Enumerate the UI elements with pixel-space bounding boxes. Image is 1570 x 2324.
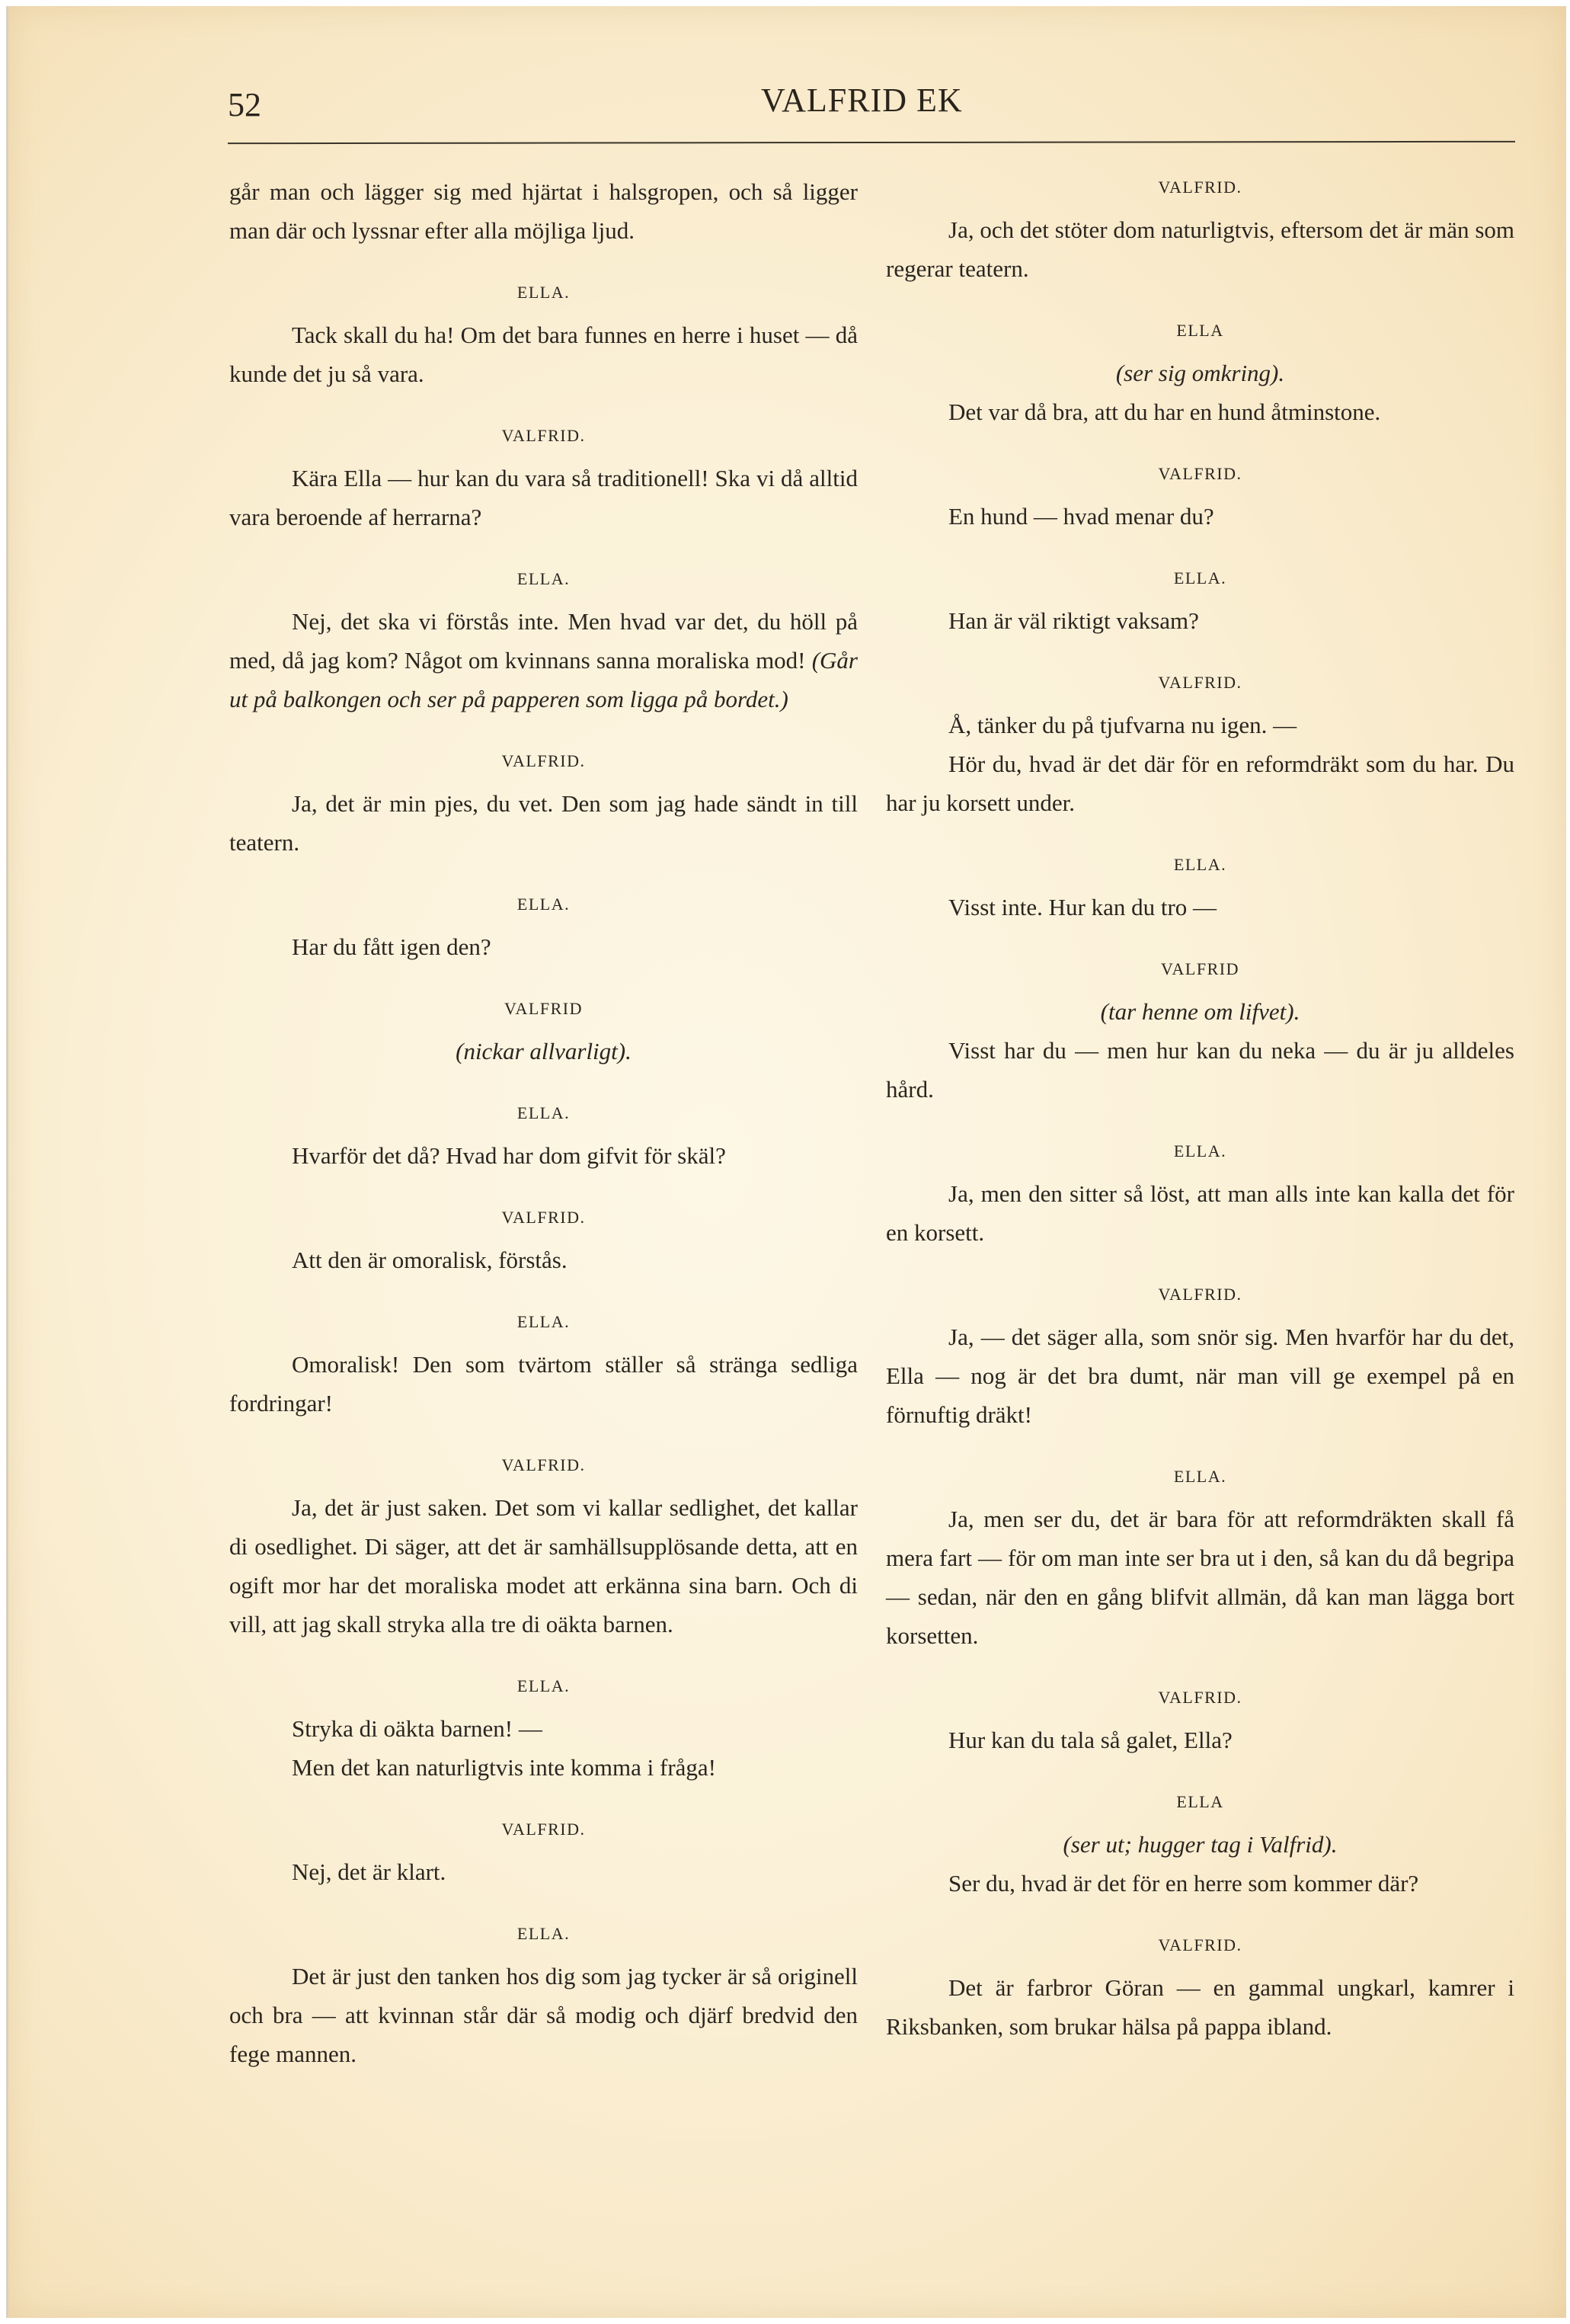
speech-paragraph: Kära Ella — hur kan du vara så tradition… xyxy=(229,459,858,536)
book-page: 52 VALFRID EK går man och lägger sig med… xyxy=(6,6,1566,2318)
left-column: går man och lägger sig med hjärtat i hal… xyxy=(229,172,858,2073)
speaker-name: ELLA. xyxy=(886,850,1514,880)
speech-text: Ja, men ser du, det är bara för att refo… xyxy=(886,1506,1514,1649)
speech-text: Hur kan du tala så galet, Ella? xyxy=(948,1727,1233,1753)
speech-line: Hör du, hvad är det där för en reformdrä… xyxy=(886,744,1514,822)
speech-text: Omoralisk! Den som tvärtom ställer så st… xyxy=(229,1351,858,1416)
speech-text: En hund — hvad menar du? xyxy=(948,503,1214,530)
speech-text: Det är just den tanken hos dig som jag t… xyxy=(229,1963,858,2067)
speaker-name: VALFRID. xyxy=(229,421,858,451)
speech-text: Tack skall du ha! Om det bara funnes en … xyxy=(229,322,858,387)
speaker-name: ELLA. xyxy=(229,1919,858,1949)
speaker-name: VALFRID. xyxy=(886,1279,1514,1310)
speaker-name: ELLA xyxy=(886,315,1514,346)
speaker-name: VALFRID xyxy=(886,954,1514,984)
speech-paragraph: Visst inte. Hur kan du tro — xyxy=(886,888,1514,927)
speech-text: Ja, men den sitter så löst, att man alls… xyxy=(886,1180,1514,1246)
speech-text: Det är farbror Göran — en gammal ungkarl… xyxy=(886,1974,1514,2040)
speaker-name: ELLA. xyxy=(229,1671,858,1701)
speech-paragraph: Det är just den tanken hos dig som jag t… xyxy=(229,1957,858,2073)
speaker-name: VALFRID. xyxy=(229,746,858,776)
speaker-name: VALFRID. xyxy=(229,1450,858,1481)
speech-text: Ja, det är just saken. Det som vi kallar… xyxy=(229,1494,858,1637)
speaker-name: VALFRID. xyxy=(886,459,1514,489)
speech-text: Ja, och det stöter dom naturligtvis, eft… xyxy=(886,216,1514,282)
running-title: VALFRID EK xyxy=(761,78,963,123)
speech-text: Ser du, hvad är det för en herre som kom… xyxy=(948,1870,1418,1897)
speech-paragraph: Hvarför det då? Hvad har dom gifvit för … xyxy=(229,1136,858,1175)
speech-text: Han är väl riktigt vaksam? xyxy=(948,607,1199,634)
stage-direction: (ser ut; hugger tag i Valfrid). xyxy=(886,1825,1514,1864)
stage-direction: (tar henne om lifvet). xyxy=(886,992,1514,1031)
speech-paragraph: Han är väl riktigt vaksam? xyxy=(886,601,1514,640)
speech-text: Det var då bra, att du har en hund åtmin… xyxy=(948,399,1380,425)
speech-paragraph: En hund — hvad menar du? xyxy=(886,497,1514,536)
speech-paragraph: Ja, — det säger alla, som snör sig. Men … xyxy=(886,1317,1514,1434)
speech-paragraph: Att den är omoralisk, förstås. xyxy=(229,1240,858,1279)
speaker-name: ELLA. xyxy=(229,889,858,920)
speech-paragraph: Ja, det är just saken. Det som vi kallar… xyxy=(229,1488,858,1644)
speech-line: Stryka di oäkta barnen! — xyxy=(229,1709,858,1748)
speech-text: Ja, — det säger alla, som snör sig. Men … xyxy=(886,1324,1514,1428)
speech-text: Att den är omoralisk, förstås. xyxy=(292,1247,568,1273)
speech-paragraph: Ja, men ser du, det är bara för att refo… xyxy=(886,1500,1514,1655)
speech-text: Nej, det är klart. xyxy=(292,1858,446,1885)
speaker-name: ELLA. xyxy=(229,277,858,308)
speech-text: Kära Ella — hur kan du vara så tradition… xyxy=(229,465,858,530)
speech-paragraph: Omoralisk! Den som tvärtom ställer så st… xyxy=(229,1345,858,1423)
speech-paragraph: Nej, det ska vi förstås inte. Men hvad v… xyxy=(229,602,858,719)
speech-text: Hvarför det då? Hvad har dom gifvit för … xyxy=(292,1142,726,1169)
speaker-name: VALFRID. xyxy=(886,172,1514,203)
speech-paragraph: Ser du, hvad är det för en herre som kom… xyxy=(886,1864,1514,1903)
speaker-name: ELLA. xyxy=(229,564,858,594)
page-number: 52 xyxy=(228,82,261,128)
right-column: VALFRID.Ja, och det stöter dom naturligt… xyxy=(886,172,1514,2046)
speech-paragraph: Ja, men den sitter så löst, att man alls… xyxy=(886,1174,1514,1252)
speech-paragraph: Nej, det är klart. xyxy=(229,1852,858,1891)
speaker-name: VALFRID. xyxy=(229,1814,858,1845)
speaker-name: ELLA. xyxy=(886,563,1514,594)
speech-text: Visst inte. Hur kan du tro — xyxy=(948,894,1217,920)
speech-paragraph: Det var då bra, att du har en hund åtmin… xyxy=(886,392,1514,431)
speaker-name: VALFRID. xyxy=(886,667,1514,698)
speech-line: Men det kan naturligtvis inte komma i fr… xyxy=(229,1748,858,1787)
speaker-name: VALFRID. xyxy=(229,1202,858,1233)
speech-paragraph: Tack skall du ha! Om det bara funnes en … xyxy=(229,315,858,393)
speech-paragraph: går man och lägger sig med hjärtat i hal… xyxy=(229,172,858,250)
stage-direction: (ser sig omkring). xyxy=(886,354,1514,392)
speech-text: Ja, det är min pjes, du vet. Den som jag… xyxy=(229,790,858,856)
speaker-name: ELLA xyxy=(886,1787,1514,1817)
speech-paragraph: Visst har du — men hur kan du neka — du … xyxy=(886,1031,1514,1109)
speaker-name: VALFRID xyxy=(229,994,858,1024)
speech-paragraph: Hur kan du tala så galet, Ella? xyxy=(886,1721,1514,1759)
speech-text: Visst har du — men hur kan du neka — du … xyxy=(886,1037,1514,1103)
speech-paragraph: Det är farbror Göran — en gammal ungkarl… xyxy=(886,1968,1514,2046)
speech-paragraph: Ja, och det stöter dom naturligtvis, eft… xyxy=(886,210,1514,288)
speech-text: går man och lägger sig med hjärtat i hal… xyxy=(229,178,858,244)
speech-text: Har du fått igen den? xyxy=(292,933,491,960)
stage-direction: (nickar allvarligt). xyxy=(229,1032,858,1071)
speech-paragraph: Har du fått igen den? xyxy=(229,927,858,966)
speech-paragraph: Ja, det är min pjes, du vet. Den som jag… xyxy=(229,784,858,862)
speech-text: Nej, det ska vi förstås inte. Men hvad v… xyxy=(229,608,858,674)
speech-paragraph: Stryka di oäkta barnen! —Men det kan nat… xyxy=(229,1709,858,1787)
speech-line: Å, tänker du på tjufvarna nu igen. — xyxy=(886,706,1514,744)
speaker-name: ELLA. xyxy=(229,1098,858,1128)
speaker-name: VALFRID. xyxy=(886,1930,1514,1961)
speech-paragraph: Å, tänker du på tjufvarna nu igen. —Hör … xyxy=(886,706,1514,822)
speaker-name: ELLA. xyxy=(886,1461,1514,1492)
speaker-name: VALFRID. xyxy=(886,1682,1514,1713)
speaker-name: ELLA. xyxy=(886,1136,1514,1167)
page-header: 52 VALFRID EK xyxy=(228,82,1515,143)
speaker-name: ELLA. xyxy=(229,1307,858,1337)
